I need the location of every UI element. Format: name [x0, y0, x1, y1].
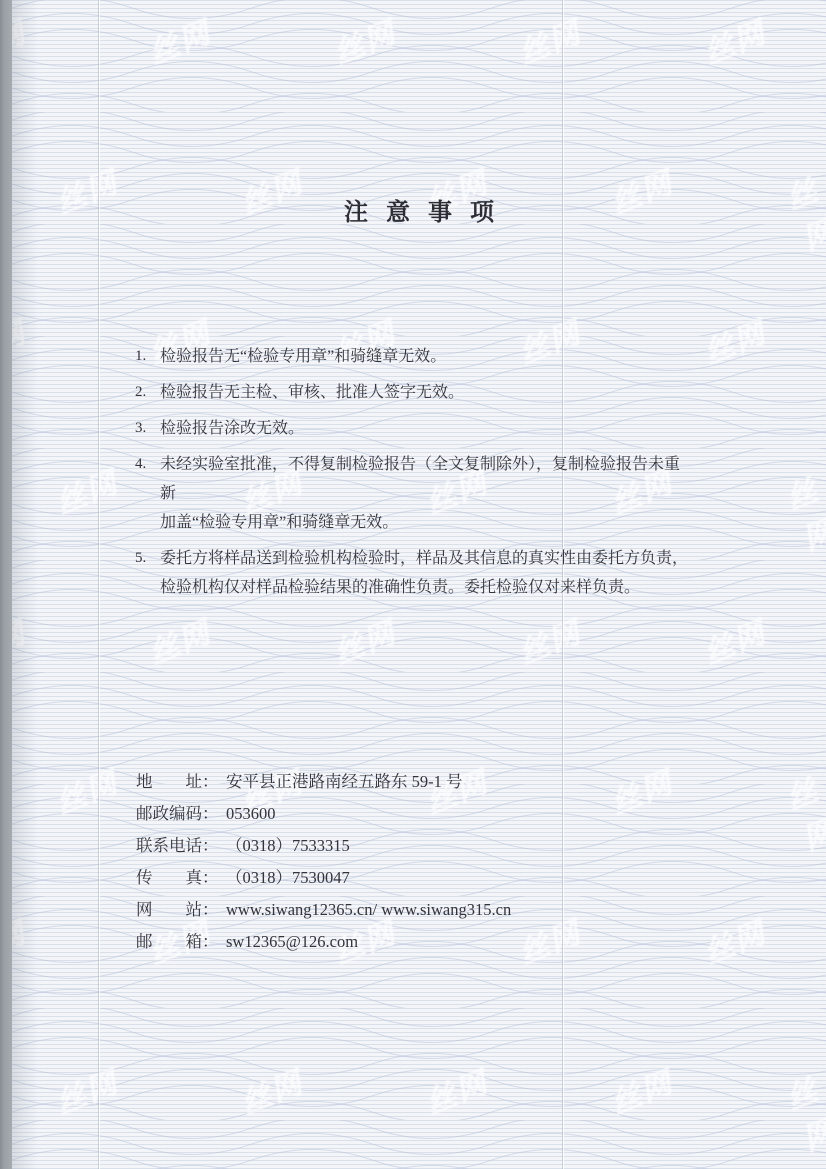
contact-row-fax: 传 真： （0318）7530047 [136, 862, 511, 894]
contact-block: 地 址： 安平县正港路南经五路东 59-1 号 邮政编码： 053600 联系电… [136, 766, 511, 958]
item-text-line: 未经实验室批准，不得复制检验报告（全文复制除外），复制检验报告未重新 [160, 450, 695, 508]
item-text-line: 检验报告无主检、审核、批准人签字无效。 [160, 378, 695, 407]
contact-value-website: www.siwang12365.cn/ www.siwang315.cn [226, 894, 511, 926]
item-number: 5. [135, 544, 160, 602]
contact-row-postcode: 邮政编码： 053600 [136, 798, 511, 830]
contact-value-postcode: 053600 [226, 798, 276, 830]
item-text-line: 检验机构仅对样品检验结果的准确性负责。委托检验仅对来样负责。 [160, 573, 695, 602]
contact-label: 传 真： [136, 862, 226, 894]
item-text: 检验报告涂改无效。 [160, 414, 695, 443]
notice-list: 1. 检验报告无“检验专用章”和骑缝章无效。 2. 检验报告无主检、审核、批准人… [135, 342, 695, 609]
contact-value-phone: （0318）7533315 [226, 830, 350, 862]
contact-value-email: sw12365@126.com [226, 926, 358, 958]
contact-label: 网 站： [136, 894, 226, 926]
item-text-line: 检验报告无“检验专用章”和骑缝章无效。 [160, 342, 695, 371]
item-number: 2. [135, 378, 160, 407]
notice-item: 3. 检验报告涂改无效。 [135, 414, 695, 443]
item-text-line: 检验报告涂改无效。 [160, 414, 695, 443]
document-page: 丝网丝网丝网丝网丝网丝网丝网丝网丝网丝网丝网丝网丝网丝网丝网丝网丝网丝网丝网丝网… [12, 0, 826, 1169]
contact-value-fax: （0318）7530047 [226, 862, 350, 894]
contact-row-email: 邮 箱： sw12365@126.com [136, 926, 511, 958]
page-title: 注意事项 [12, 192, 826, 227]
contact-label: 邮 箱： [136, 926, 226, 958]
contact-row-address: 地 址： 安平县正港路南经五路东 59-1 号 [136, 766, 511, 798]
item-text: 检验报告无主检、审核、批准人签字无效。 [160, 378, 695, 407]
contact-label: 邮政编码： [136, 798, 226, 830]
item-text-line: 委托方将样品送到检验机构检验时，样品及其信息的真实性由委托方负责， [160, 544, 695, 573]
contact-label: 地 址： [136, 766, 226, 798]
notice-item: 4. 未经实验室批准，不得复制检验报告（全文复制除外），复制检验报告未重新 加盖… [135, 450, 695, 537]
item-text: 未经实验室批准，不得复制检验报告（全文复制除外），复制检验报告未重新 加盖“检验… [160, 450, 695, 537]
contact-row-website: 网 站： www.siwang12365.cn/ www.siwang315.c… [136, 894, 511, 926]
item-number: 3. [135, 414, 160, 443]
item-number: 1. [135, 342, 160, 371]
notice-item: 1. 检验报告无“检验专用章”和骑缝章无效。 [135, 342, 695, 371]
item-number: 4. [135, 450, 160, 537]
contact-value-address: 安平县正港路南经五路东 59-1 号 [226, 766, 463, 798]
notice-item: 5. 委托方将样品送到检验机构检验时，样品及其信息的真实性由委托方负责， 检验机… [135, 544, 695, 602]
item-text-line: 加盖“检验专用章”和骑缝章无效。 [160, 508, 695, 537]
scanner-edge-strip [0, 0, 12, 1169]
contact-label: 联系电话： [136, 830, 226, 862]
page-content: 注意事项 1. 检验报告无“检验专用章”和骑缝章无效。 2. 检验报告无主检、审… [12, 0, 826, 1169]
item-text: 检验报告无“检验专用章”和骑缝章无效。 [160, 342, 695, 371]
contact-row-phone: 联系电话： （0318）7533315 [136, 830, 511, 862]
item-text: 委托方将样品送到检验机构检验时，样品及其信息的真实性由委托方负责， 检验机构仅对… [160, 544, 695, 602]
notice-item: 2. 检验报告无主检、审核、批准人签字无效。 [135, 378, 695, 407]
